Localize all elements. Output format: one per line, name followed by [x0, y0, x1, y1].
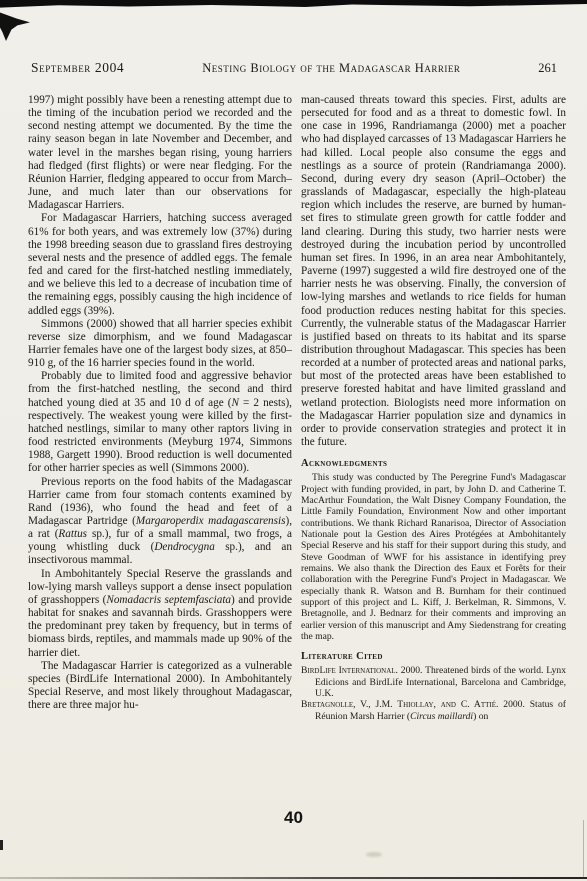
left-column-paragraphs: 1997) might possibly have been a renesti…: [28, 94, 292, 712]
body-paragraph: The Madagascar Harrier is categorized as…: [28, 660, 292, 713]
body-paragraph: In Ambohitantely Special Reserve the gra…: [28, 568, 292, 660]
body-paragraph: man-caused threats toward this species. …: [301, 94, 566, 449]
right-edge-line-artifact: [583, 820, 584, 878]
bottom-scan-edge-artifact: [0, 877, 587, 879]
top-scan-edge-artifact: [0, 0, 587, 9]
running-header: September 2004 Nesting Biology of the Ma…: [31, 60, 557, 76]
acknowledgments-paragraph: This study was conducted by The Peregrin…: [301, 472, 566, 642]
body-paragraph: Simmons (2000) showed that all harrier s…: [28, 318, 292, 371]
header-issue-date: September 2004: [31, 60, 124, 76]
smudge-artifact: [366, 852, 382, 857]
acknowledgments-heading: Acknowledgments: [301, 458, 566, 469]
corner-scan-artifact: [0, 11, 30, 41]
overlay-page-number: 40: [0, 808, 587, 828]
scanned-paper-page: { "header": { "date": "September 2004", …: [0, 0, 587, 881]
header-page-number: 261: [538, 61, 557, 76]
right-column-paragraphs: man-caused threats toward this species. …: [301, 94, 566, 449]
body-paragraph: 1997) might possibly have been a renesti…: [28, 94, 292, 212]
left-column: 1997) might possibly have been a renesti…: [28, 94, 292, 712]
right-column: man-caused threats toward this species. …: [301, 94, 566, 722]
reference-list: BirdLife International. 2000. Threatened…: [301, 665, 566, 722]
reference-entry: BirdLife International. 2000. Threatened…: [301, 665, 566, 699]
left-edge-tick-artifact: [0, 840, 3, 850]
literature-cited-heading: Literature Cited: [301, 651, 566, 662]
body-paragraph: Previous reports on the food habits of t…: [28, 476, 292, 568]
reference-entry: Bretagnolle, V., J.M. Thiollay, and C. A…: [301, 699, 566, 722]
body-paragraph: For Madagascar Harriers, hatching succes…: [28, 212, 292, 317]
acknowledgments-text: This study was conducted by The Peregrin…: [301, 472, 566, 642]
header-running-title: Nesting Biology of the Madagascar Harrie…: [124, 61, 538, 76]
body-paragraph: Probably due to limited food and aggress…: [28, 370, 292, 475]
